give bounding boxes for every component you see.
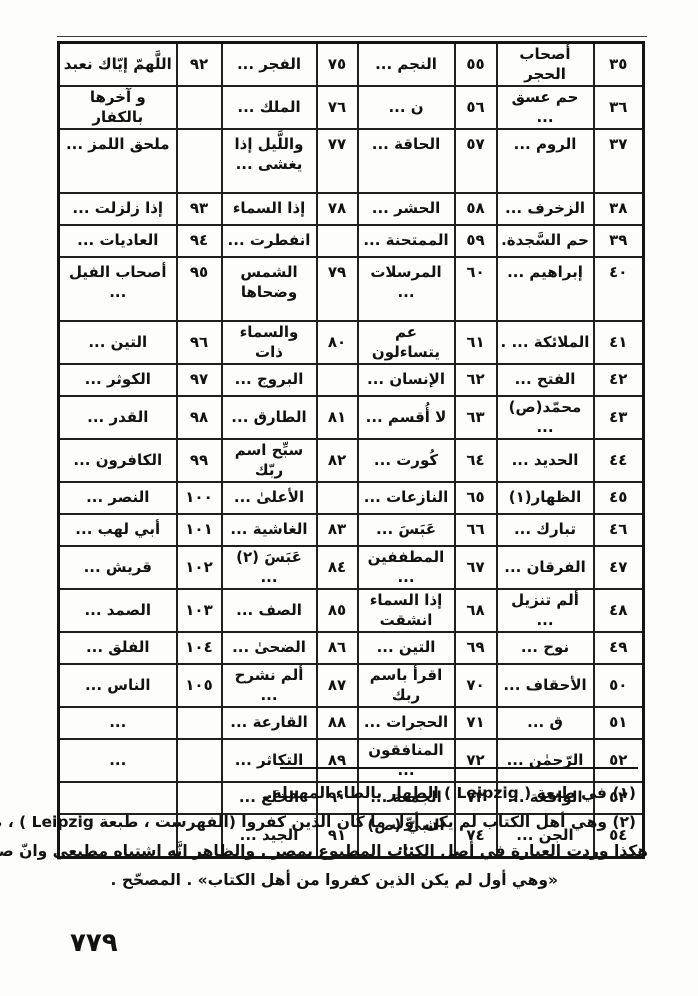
- surah-number-cell: ٩٧: [177, 364, 222, 396]
- surah-number-cell: ٥٧: [455, 129, 497, 193]
- surah-name-cell: الفجر ...: [222, 43, 317, 87]
- surah-number-cell: ٥٥: [455, 43, 497, 87]
- surah-name-cell: اقرأ باسم ربك: [358, 664, 455, 707]
- surah-number-cell: ٨٣: [317, 514, 358, 546]
- surah-number-cell: [317, 482, 358, 514]
- surah-name-cell: الممتحنة ...: [358, 225, 455, 257]
- surah-number-cell: ٨١: [317, 396, 358, 439]
- surah-index-table: ٣٥أصحاب الحجر٥٥النجم ...٧٥الفجر ...٩٢الل…: [57, 41, 645, 859]
- surah-name-cell: محمّد(ص) ...: [497, 396, 594, 439]
- surah-name-cell: الظهار(١): [497, 482, 594, 514]
- surah-name-cell: ق ...: [497, 707, 594, 739]
- surah-name-cell: ن ...: [358, 86, 455, 129]
- surah-number-cell: ٥٩: [455, 225, 497, 257]
- table-row: ٣٧الروم ...٥٧الحاقة ...٧٧واللَّيل إذا يغ…: [59, 129, 644, 193]
- surah-name-cell: الحشر ...: [358, 193, 455, 225]
- footnote-line: (٢) وهي أهل الكتاب لم يكن أوّل ما كان ال…: [56, 808, 648, 837]
- surah-name-cell: حم السَّجدة.: [497, 225, 594, 257]
- surah-name-cell: الأعلىٰ ...: [222, 482, 317, 514]
- surah-name-cell: الفلق ...: [59, 632, 177, 664]
- surah-number-cell: ٦٩: [455, 632, 497, 664]
- surah-number-cell: ٧٧: [317, 129, 358, 193]
- surah-name-cell: والسماء ذات: [222, 321, 317, 364]
- surah-name-cell: التين ...: [59, 321, 177, 364]
- surah-name-cell: المرسلات ...: [358, 257, 455, 321]
- surah-number-cell: ٣٧: [594, 129, 644, 193]
- surah-name-cell: المنافقون ...: [358, 739, 455, 782]
- surah-number-cell: ٨٩: [317, 739, 358, 782]
- surah-name-cell: العاديات ...: [59, 225, 177, 257]
- footnote-line: هكذا وردت العبارة في أصل الكتاب المطبوع …: [56, 837, 648, 866]
- footnote-divider: [280, 767, 638, 769]
- surah-number-cell: ٥٠: [594, 664, 644, 707]
- surah-number-cell: ٤١: [594, 321, 644, 364]
- surah-name-cell: الرّحمٰن ...: [497, 739, 594, 782]
- table-row: ٣٥أصحاب الحجر٥٥النجم ...٧٥الفجر ...٩٢الل…: [59, 43, 644, 87]
- surah-number-cell: ٦٥: [455, 482, 497, 514]
- surah-name-cell: الملك ...: [222, 86, 317, 129]
- surah-number-cell: ١٠٤: [177, 632, 222, 664]
- surah-name-cell: الأحقاف ...: [497, 664, 594, 707]
- surah-number-cell: ٨٤: [317, 546, 358, 589]
- table-top-rule: [57, 36, 647, 37]
- surah-number-cell: ٦٤: [455, 439, 497, 482]
- surah-name-cell: الملائكة ... .: [497, 321, 594, 364]
- surah-name-cell: قريش ...: [59, 546, 177, 589]
- surah-number-cell: ٨٨: [317, 707, 358, 739]
- surah-number-cell: ٦٧: [455, 546, 497, 589]
- surah-number-cell: ٨٦: [317, 632, 358, 664]
- surah-name-cell: الحديد ...: [497, 439, 594, 482]
- surah-name-cell: أصحاب الفيل ...: [59, 257, 177, 321]
- surah-name-cell: إذا زلزلت ...: [59, 193, 177, 225]
- page-number: ٧٧٩: [70, 928, 118, 958]
- table-row: ٥١ق ...٧١الحجرات ...٨٨القارعة ......: [59, 707, 644, 739]
- surah-name-cell: عَبَسَ (٢) ...: [222, 546, 317, 589]
- surah-name-cell: واللَّيل إذا يغشى ...: [222, 129, 317, 193]
- surah-name-cell: الشمس وضحاها: [222, 257, 317, 321]
- surah-number-cell: ٧١: [455, 707, 497, 739]
- surah-name-cell: الضحىٰ ...: [222, 632, 317, 664]
- surah-number-cell: ١٠٠: [177, 482, 222, 514]
- surah-name-cell: الروم ...: [497, 129, 594, 193]
- surah-name-cell: انفطرت ...: [222, 225, 317, 257]
- surah-table-body: ٣٥أصحاب الحجر٥٥النجم ...٧٥الفجر ...٩٢الل…: [59, 43, 644, 858]
- table-row: ٤٨ألم تنزيل ...٦٨إذا السماء انشقت٨٥الصف …: [59, 589, 644, 632]
- table-row: ٤١الملائكة ... .٦١عم يتساءلون٨٠والسماء ذ…: [59, 321, 644, 364]
- surah-number-cell: ٧٨: [317, 193, 358, 225]
- surah-name-cell: الغاشية ...: [222, 514, 317, 546]
- surah-number-cell: [317, 225, 358, 257]
- surah-name-cell: ملحق اللمز ...: [59, 129, 177, 193]
- surah-name-cell: حم عسق ...: [497, 86, 594, 129]
- surah-number-cell: ٩٨: [177, 396, 222, 439]
- surah-name-cell: النجم ...: [358, 43, 455, 87]
- footnotes-block: (١) في طبعة ( Leipzig ) الطهار بالطاء ال…: [56, 779, 648, 895]
- surah-name-cell: البروج ...: [222, 364, 317, 396]
- table-row: ٣٩حم السَّجدة.٥٩الممتحنة ...انفطرت ...٩٤…: [59, 225, 644, 257]
- surah-name-cell: أبي لهب ...: [59, 514, 177, 546]
- surah-number-cell: ٤٧: [594, 546, 644, 589]
- surah-name-cell: لا أُقسم ...: [358, 396, 455, 439]
- surah-name-cell: الزخرف ...: [497, 193, 594, 225]
- table-row: ٥٢الرّحمٰن ...٧٢المنافقون ...٨٩التكاثر .…: [59, 739, 644, 782]
- surah-number-cell: [177, 129, 222, 193]
- surah-number-cell: ٨٥: [317, 589, 358, 632]
- table-row: ٣٨الزخرف ...٥٨الحشر ...٧٨إذا السماء٩٣إذا…: [59, 193, 644, 225]
- surah-number-cell: [177, 739, 222, 782]
- surah-name-cell: سبِّح اسم ربّك: [222, 439, 317, 482]
- surah-name-cell: ...: [59, 707, 177, 739]
- surah-number-cell: ٤٠: [594, 257, 644, 321]
- surah-number-cell: ٦٨: [455, 589, 497, 632]
- surah-number-cell: ٤٦: [594, 514, 644, 546]
- surah-number-cell: ٩٣: [177, 193, 222, 225]
- surah-number-cell: ٧٦: [317, 86, 358, 129]
- surah-number-cell: [177, 86, 222, 129]
- surah-number-cell: ١٠٢: [177, 546, 222, 589]
- surah-number-cell: ٤٩: [594, 632, 644, 664]
- surah-number-cell: ٤٣: [594, 396, 644, 439]
- surah-number-cell: ٥٢: [594, 739, 644, 782]
- table-row: ٤٦تبارك ...٦٦عَبَسَ ...٨٣الغاشية ...١٠١أ…: [59, 514, 644, 546]
- surah-number-cell: ٨٠: [317, 321, 358, 364]
- table-row: ٤٩نوح ...٦٩التين ...٨٦الضحىٰ ...١٠٤الفلق…: [59, 632, 644, 664]
- surah-name-cell: المطففين ...: [358, 546, 455, 589]
- table-row: ٤٠إبراهيم ...٦٠المرسلات ...٧٩الشمس وضحاه…: [59, 257, 644, 321]
- surah-number-cell: ٦٢: [455, 364, 497, 396]
- surah-name-cell: الفتح ...: [497, 364, 594, 396]
- surah-number-cell: ٣٩: [594, 225, 644, 257]
- table-row: ٥٠الأحقاف ...٧٠اقرأ باسم ربك٨٧ألم نشرح .…: [59, 664, 644, 707]
- surah-number-cell: ٨٢: [317, 439, 358, 482]
- surah-number-cell: ٤٤: [594, 439, 644, 482]
- surah-number-cell: ٥٦: [455, 86, 497, 129]
- table-row: ٤٥الظهار(١)٦٥النازعات ...الأعلىٰ ...١٠٠ا…: [59, 482, 644, 514]
- surah-name-cell: الصف ...: [222, 589, 317, 632]
- surah-name-cell: أصحاب الحجر: [497, 43, 594, 87]
- surah-name-cell: الكوثر ...: [59, 364, 177, 396]
- surah-number-cell: ١٠١: [177, 514, 222, 546]
- surah-name-cell: إذا السماء: [222, 193, 317, 225]
- surah-name-cell: كُورت ...: [358, 439, 455, 482]
- surah-number-cell: ٦٣: [455, 396, 497, 439]
- surah-name-cell: ...: [59, 739, 177, 782]
- table-row: ٤٧الفرقان ...٦٧المطففين ...٨٤عَبَسَ (٢) …: [59, 546, 644, 589]
- surah-number-cell: ٣٨: [594, 193, 644, 225]
- surah-number-cell: ٦١: [455, 321, 497, 364]
- surah-name-cell: عَبَسَ ...: [358, 514, 455, 546]
- surah-number-cell: ٩٥: [177, 257, 222, 321]
- table-row: ٤٣محمّد(ص) ...٦٣لا أُقسم ...٨١الطارق ...…: [59, 396, 644, 439]
- surah-name-cell: إبراهيم ...: [497, 257, 594, 321]
- surah-number-cell: ٤٥: [594, 482, 644, 514]
- surah-number-cell: ٥١: [594, 707, 644, 739]
- surah-name-cell: الحجرات ...: [358, 707, 455, 739]
- table-row: ٣٦حم عسق ...٥٦ن ...٧٦الملك ...و آخرها با…: [59, 86, 644, 129]
- surah-name-cell: الطارق ...: [222, 396, 317, 439]
- surah-name-cell: التكاثر ...: [222, 739, 317, 782]
- surah-name-cell: عم يتساءلون: [358, 321, 455, 364]
- surah-number-cell: ٧٠: [455, 664, 497, 707]
- footnote-line: «وهي أول لم يكن الذين كفروا من أهل الكتا…: [56, 866, 648, 895]
- surah-name-cell: و آخرها بالكفار: [59, 86, 177, 129]
- surah-number-cell: ٦٦: [455, 514, 497, 546]
- surah-number-cell: [177, 707, 222, 739]
- surah-name-cell: تبارك ...: [497, 514, 594, 546]
- surah-name-cell: ألم تنزيل ...: [497, 589, 594, 632]
- surah-number-cell: ٨٧: [317, 664, 358, 707]
- surah-number-cell: ٩٦: [177, 321, 222, 364]
- surah-name-cell: ألم نشرح ...: [222, 664, 317, 707]
- surah-number-cell: ٩٩: [177, 439, 222, 482]
- surah-number-cell: ١٠٥: [177, 664, 222, 707]
- surah-number-cell: ٤٨: [594, 589, 644, 632]
- surah-name-cell: إذا السماء انشقت: [358, 589, 455, 632]
- surah-number-cell: ٣٥: [594, 43, 644, 87]
- scanned-page: ٣٥أصحاب الحجر٥٥النجم ...٧٥الفجر ...٩٢الل…: [0, 0, 698, 996]
- surah-number-cell: ٤٢: [594, 364, 644, 396]
- surah-number-cell: ٦٠: [455, 257, 497, 321]
- surah-name-cell: نوح ...: [497, 632, 594, 664]
- surah-number-cell: ٥٨: [455, 193, 497, 225]
- surah-name-cell: القدر ...: [59, 396, 177, 439]
- surah-name-cell: الفرقان ...: [497, 546, 594, 589]
- surah-number-cell: ١٠٣: [177, 589, 222, 632]
- surah-number-cell: [317, 364, 358, 396]
- surah-name-cell: الحاقة ...: [358, 129, 455, 193]
- surah-name-cell: الناس ...: [59, 664, 177, 707]
- surah-name-cell: الصمد ...: [59, 589, 177, 632]
- surah-number-cell: ٩٤: [177, 225, 222, 257]
- surah-number-cell: ٧٢: [455, 739, 497, 782]
- surah-number-cell: ٧٥: [317, 43, 358, 87]
- surah-name-cell: اللَّهمّ إيّاك نعبد: [59, 43, 177, 87]
- surah-number-cell: ٧٩: [317, 257, 358, 321]
- table-row: ٤٢الفتح ...٦٢الإنسان ...البروج ...٩٧الكو…: [59, 364, 644, 396]
- table-row: ٤٤الحديد ...٦٤كُورت ...٨٢سبِّح اسم ربّك٩…: [59, 439, 644, 482]
- surah-name-cell: النصر ...: [59, 482, 177, 514]
- surah-number-cell: ٩٢: [177, 43, 222, 87]
- surah-number-cell: ٣٦: [594, 86, 644, 129]
- surah-name-cell: التين ...: [358, 632, 455, 664]
- surah-name-cell: النازعات ...: [358, 482, 455, 514]
- surah-name-cell: الإنسان ...: [358, 364, 455, 396]
- footnote-line: (١) في طبعة ( Leipzig ) الطهار بالطاء ال…: [56, 779, 648, 808]
- surah-name-cell: القارعة ...: [222, 707, 317, 739]
- surah-name-cell: الكافرون ...: [59, 439, 177, 482]
